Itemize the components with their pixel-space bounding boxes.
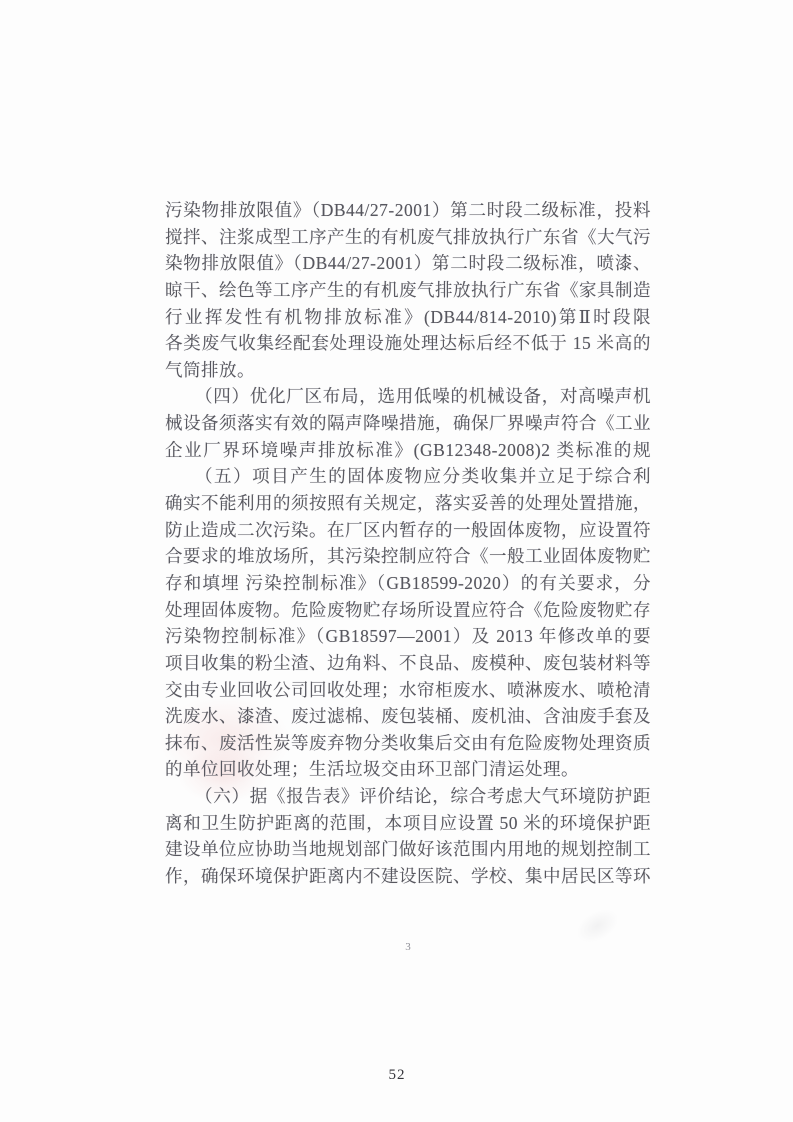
inner-page-number: 3 — [398, 941, 418, 953]
page-number: 52 — [381, 1067, 413, 1084]
text-line: 交由专业回收公司回收处理；水帘柜废水、喷淋废水、喷枪清 — [165, 677, 651, 704]
text-line: 搅拌、注浆成型工序产生的有机废气排放执行广东省《大气污 — [165, 224, 651, 251]
text-line: 作，确保环境保护距离内不建设医院、学校、集中居民区等环 — [165, 863, 651, 890]
text-line: 处理固体废物。危险废物贮存场所设置应符合《危险废物贮存 — [165, 597, 651, 624]
text-line: 存和填埋 污染控制标准》（GB18599-2020）的有关要求，分类 — [165, 570, 651, 597]
text-line: 气筒排放。 — [165, 357, 651, 384]
text-line: 械设备须落实有效的隔声降噪措施，确保厂界噪声符合《工业 — [165, 410, 651, 437]
text-line: （六）据《报告表》评价结论，综合考虑大气环境防护距 — [165, 783, 651, 810]
text-line: 的单位回收处理；生活垃圾交由环卫部门清运处理。 — [165, 756, 651, 783]
text-line: 防止造成二次污染。在厂区内暂存的一般固体废物，应设置符 — [165, 517, 651, 544]
text-line: 离和卫生防护距离的范围，本项目应设置 50 米的环境保护距离。 — [165, 810, 651, 837]
text-line: 行业挥发性有机物排放标准》(DB44/814-2010)第Ⅱ时段限值。 — [165, 304, 651, 331]
document-page: 污染物排放限值》（DB44/27-2001）第二时段二级标准，投料搅拌、注浆成型… — [0, 0, 793, 1122]
text-line: 污染物控制标准》（GB18597—2001）及 2013 年修改单的要求。 — [165, 623, 651, 650]
text-line: （五）项目产生的固体废物应分类收集并立足于综合利用， — [165, 463, 651, 490]
text-line: 抹布、废活性炭等废弃物分类收集后交由有危险废物处理资质 — [165, 730, 651, 757]
text-line: 染物排放限值》（DB44/27-2001）第二时段二级标准，喷漆、 — [165, 250, 651, 277]
text-line: 洗废水、漆渣、废过滤棉、废包装桶、废机油、含油废手套及 — [165, 703, 651, 730]
document-text: 污染物排放限值》（DB44/27-2001）第二时段二级标准，投料搅拌、注浆成型… — [165, 197, 651, 890]
text-line: 企业厂界环境噪声排放标准》(GB12348-2008)2 类标准的规定。 — [165, 437, 651, 464]
text-line: 建设单位应协助当地规划部门做好该范围内用地的规划控制工 — [165, 836, 651, 863]
text-line: 晾干、绘色等工序产生的有机废气排放执行广东省《家具制造 — [165, 277, 651, 304]
text-line: 合要求的堆放场所，其污染控制应符合《一般工业固体废物贮 — [165, 543, 651, 570]
text-line: 污染物排放限值》（DB44/27-2001）第二时段二级标准，投料 — [165, 197, 651, 224]
text-line: 项目收集的粉尘渣、边角料、不良品、废模种、废包装材料等 — [165, 650, 651, 677]
text-line: （四）优化厂区布局，选用低噪的机械设备，对高噪声机 — [165, 383, 651, 410]
text-line: 各类废气收集经配套处理设施处理达标后经不低于 15 米高的排 — [165, 330, 651, 357]
scan-artifact-smudge — [571, 903, 624, 950]
text-line: 确实不能利用的须按照有关规定，落实妥善的处理处置措施， — [165, 490, 651, 517]
